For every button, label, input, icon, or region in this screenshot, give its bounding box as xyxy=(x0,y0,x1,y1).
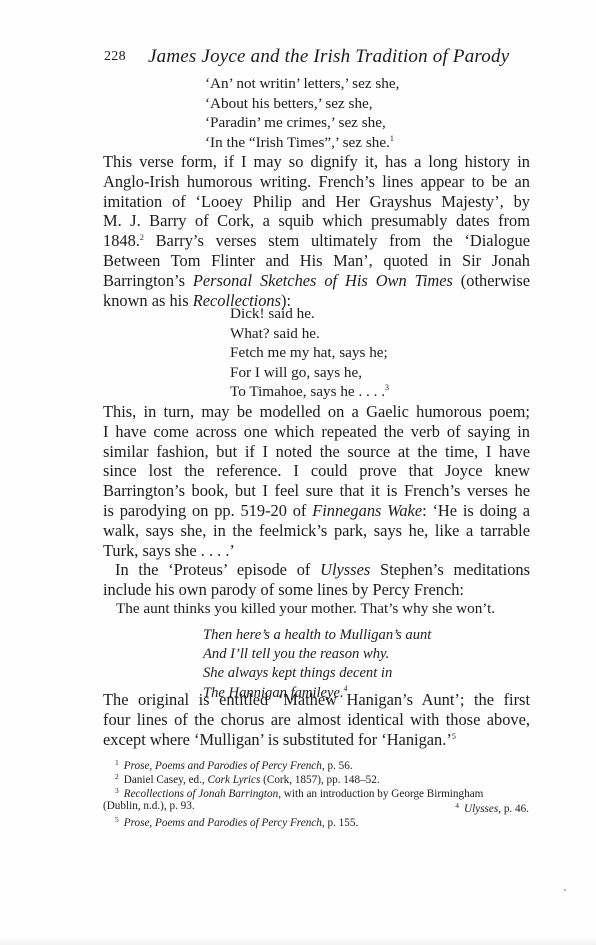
book-title: James Joyce and the Irish Tradition of P… xyxy=(148,46,509,68)
text-line: In the ‘Proteus’ episode of Ulysses Step… xyxy=(103,560,530,580)
text-line: This verse form, if I may so dignify it,… xyxy=(103,152,530,172)
footnotes: 1Prose, Poems and Parodies of Percy Fren… xyxy=(103,756,543,827)
text-line: Barrington’s book, but I feel sure that … xyxy=(103,481,530,501)
verse-line: For I will go, says he, xyxy=(230,363,389,383)
verse-line: ‘An’ not writin’ letters,’ sez she, xyxy=(205,74,399,94)
verse-quotation-french: ‘An’ not writin’ letters,’ sez she, ‘Abo… xyxy=(205,74,399,152)
verse-line: ‘In the “Irish Times”,’ sez she.1 xyxy=(205,133,399,153)
verse-line: What? said he. xyxy=(230,324,389,344)
text-line: walk, says she, in the feelmick’s park, … xyxy=(103,521,530,541)
verse-line: Dick! said he. xyxy=(230,304,389,324)
text-line: four lines of the chorus are almost iden… xyxy=(103,710,530,730)
text-line: imitation of ‘Looey Philip and Her Grays… xyxy=(103,192,530,212)
footnote-5: 5Prose, Poems and Parodies of Percy Fren… xyxy=(103,813,543,827)
scan-speck xyxy=(564,889,566,891)
book-page: 228 James Joyce and the Irish Tradition … xyxy=(0,0,596,945)
text-line: M. J. Barry of Cork, a squib which presu… xyxy=(103,211,530,231)
footnote-ref[interactable]: 1 xyxy=(390,134,394,143)
footnote-3-continued: (Dublin, n.d.), p. 93.4Ulysses, p. 46. xyxy=(103,799,543,813)
text-line: I have come across one which repeated th… xyxy=(103,422,530,442)
book-title-italic: Personal Sketches of His Own Times xyxy=(193,271,453,290)
page-number: 228 xyxy=(104,49,126,65)
footnote-ref[interactable]: 5 xyxy=(452,732,456,741)
paragraph-gaelic-model: This, in turn, may be modelled on a Gael… xyxy=(103,402,530,560)
text-line: include his own parody of some lines by … xyxy=(103,580,530,600)
book-title-italic: Finnegans Wake xyxy=(312,501,422,520)
paragraph-verse-form-history: This verse form, if I may so dignify it,… xyxy=(103,152,530,310)
paragraph-original-song: The original is entitled ‘Mathew Hanigan… xyxy=(103,690,530,749)
footnote-2: 2Daniel Casey, ed., Cork Lyrics (Cork, 1… xyxy=(103,770,543,784)
text-line: Turk, says she . . . .’ xyxy=(103,541,530,561)
verse-line: Then here’s a health to Mulligan’s aunt xyxy=(203,626,431,645)
running-head: 228 James Joyce and the Irish Tradition … xyxy=(104,46,524,70)
text-line: similar fashion, but if I noted the sour… xyxy=(103,442,530,462)
text-line: 1848.2 Barry’s verses stem ultimately fr… xyxy=(103,231,530,251)
verse-line: To Timahoe, says he . . . .3 xyxy=(230,382,389,402)
text-line: Between Tom Flinter and His Man’, quoted… xyxy=(103,251,530,271)
book-title-italic: Ulysses xyxy=(320,560,370,579)
footnote-1: 1Prose, Poems and Parodies of Percy Fren… xyxy=(103,756,543,770)
text-line: except where ‘Mulligan’ is substituted f… xyxy=(103,730,530,750)
text-line: since lost the reference. I could prove … xyxy=(103,461,530,481)
text-line: Anglo-Irish humorous writing. French’s l… xyxy=(103,172,530,192)
text-line: This, in turn, may be modelled on a Gael… xyxy=(103,402,530,422)
verse-line: Fetch me my hat, says he; xyxy=(230,343,389,363)
verse-line: She always kept things decent in xyxy=(203,664,431,683)
verse-line: ‘Paradin’ me crimes,’ sez she, xyxy=(205,113,399,133)
verse-line: And I’ll tell you the reason why. xyxy=(203,645,431,664)
text-line: is parodying on pp. 519-20 of Finnegans … xyxy=(103,501,530,521)
ulysses-quote-prose: The aunt thinks you killed your mother. … xyxy=(116,600,495,618)
footnote-ref[interactable]: 3 xyxy=(385,383,389,392)
text-line: The original is entitled ‘Mathew Hanigan… xyxy=(103,690,530,710)
verse-line: ‘About his betters,’ sez she, xyxy=(205,94,399,114)
text-line: Barrington’s Personal Sketches of His Ow… xyxy=(103,271,530,291)
verse-quotation-barrington: Dick! said he. What? said he. Fetch me m… xyxy=(230,304,389,402)
paragraph-proteus-episode: In the ‘Proteus’ episode of Ulysses Step… xyxy=(103,560,530,600)
scan-edge xyxy=(0,936,596,945)
footnote-3: 3Recollections of Jonah Barrington, with… xyxy=(103,784,543,798)
